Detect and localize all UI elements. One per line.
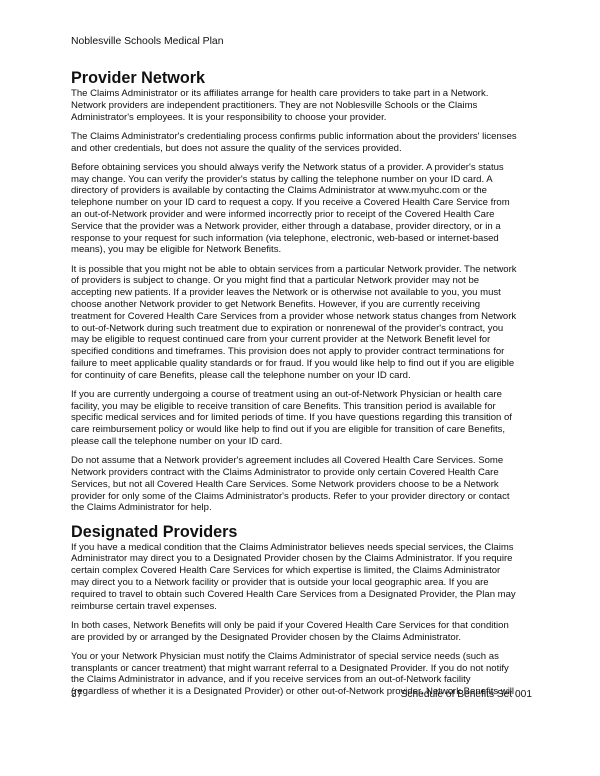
text-line: If you are currently undergoing a course… xyxy=(71,389,541,401)
text-line: the Claims Administrator in advance, and… xyxy=(71,674,541,686)
text-line: for continuity of care Benefits, please … xyxy=(71,370,541,382)
text-line: care reimbursement policy or would like … xyxy=(71,424,541,436)
paragraph: If you have a medical condition that the… xyxy=(71,542,541,613)
paragraph: If you are currently undergoing a course… xyxy=(71,389,541,448)
section-heading-designated-providers: Designated Providers xyxy=(71,522,541,542)
text-line: Do not assume that a Network provider's … xyxy=(71,455,541,467)
text-line: provider for only some of the Claims Adm… xyxy=(71,491,541,503)
text-line: telephone number on your ID card to requ… xyxy=(71,197,541,209)
text-line: Before obtaining services you should alw… xyxy=(71,162,541,174)
text-line: In both cases, Network Benefits will onl… xyxy=(71,620,541,632)
text-line: If you have a medical condition that the… xyxy=(71,542,541,554)
text-line: may be eligible to request continued car… xyxy=(71,334,541,346)
text-line: an out-of-Network provider and were info… xyxy=(71,209,541,221)
text-line: accepting new patients. If a provider le… xyxy=(71,287,541,299)
text-line: may change. You can verify the provider'… xyxy=(71,174,541,186)
text-line: facility, you may be eligible to receive… xyxy=(71,401,541,413)
text-line: You or your Network Physician must notif… xyxy=(71,651,541,663)
text-line: specified conditions and timeframes. Thi… xyxy=(71,346,541,358)
paragraph: The Claims Administrator's credentialing… xyxy=(71,131,541,155)
text-line: It is possible that you might not be abl… xyxy=(71,264,541,276)
text-line: choose another Network provider to get N… xyxy=(71,299,541,311)
text-line: failure to meet applicable quality stand… xyxy=(71,358,541,370)
footer-document-label: Schedule of Benefits Set 001 xyxy=(401,689,532,700)
section-heading-provider-network: Provider Network xyxy=(71,68,541,88)
text-line: The Claims Administrator or its affiliat… xyxy=(71,88,541,100)
text-line: directory of providers is available by c… xyxy=(71,185,541,197)
text-line: are provided by or arranged by the Desig… xyxy=(71,632,541,644)
paragraph: Do not assume that a Network provider's … xyxy=(71,455,541,514)
text-line: means), you may be eligible for Network … xyxy=(71,244,541,256)
paragraph: It is possible that you might not be abl… xyxy=(71,264,541,382)
text-line: required to travel to obtain such Covere… xyxy=(71,589,541,601)
paragraph: In both cases, Network Benefits will onl… xyxy=(71,620,541,644)
text-line: reimburse certain travel expenses. xyxy=(71,601,541,613)
running-header: Noblesville Schools Medical Plan xyxy=(71,36,223,47)
text-line: Administrator's employees. It is your re… xyxy=(71,112,541,124)
text-line: treatment for Covered Health Care Servic… xyxy=(71,311,541,323)
text-line: response to your request for such inform… xyxy=(71,233,541,245)
text-line: Network providers contract with the Clai… xyxy=(71,467,541,479)
text-line: to out-of-Network during such treatment … xyxy=(71,323,541,335)
text-line: The Claims Administrator's credentialing… xyxy=(71,131,541,143)
text-line: please call the telephone number on your… xyxy=(71,436,541,448)
text-line: of providers is subject to change. Or yo… xyxy=(71,275,541,287)
text-line: and other credentials, but does not assu… xyxy=(71,143,541,155)
text-line: transplants or cancer treatment) that mi… xyxy=(71,663,541,675)
page-number: 37 xyxy=(71,689,82,700)
text-line: certain complex Covered Health Care Serv… xyxy=(71,565,541,577)
text-line: the Claims Administrator for help. xyxy=(71,502,541,514)
text-line: specific medical services and for limite… xyxy=(71,412,541,424)
text-line: Services, but not all Covered Health Car… xyxy=(71,479,541,491)
paragraph: The Claims Administrator or its affiliat… xyxy=(71,88,541,123)
text-line: may direct you to a Network facility or … xyxy=(71,577,541,589)
text-line: Network providers are independent practi… xyxy=(71,100,541,112)
text-line: Administrator may direct you to a Design… xyxy=(71,553,541,565)
page-body: Provider Network The Claims Administrato… xyxy=(71,68,541,705)
text-line: Service that the provider was a Network … xyxy=(71,221,541,233)
paragraph: Before obtaining services you should alw… xyxy=(71,162,541,256)
